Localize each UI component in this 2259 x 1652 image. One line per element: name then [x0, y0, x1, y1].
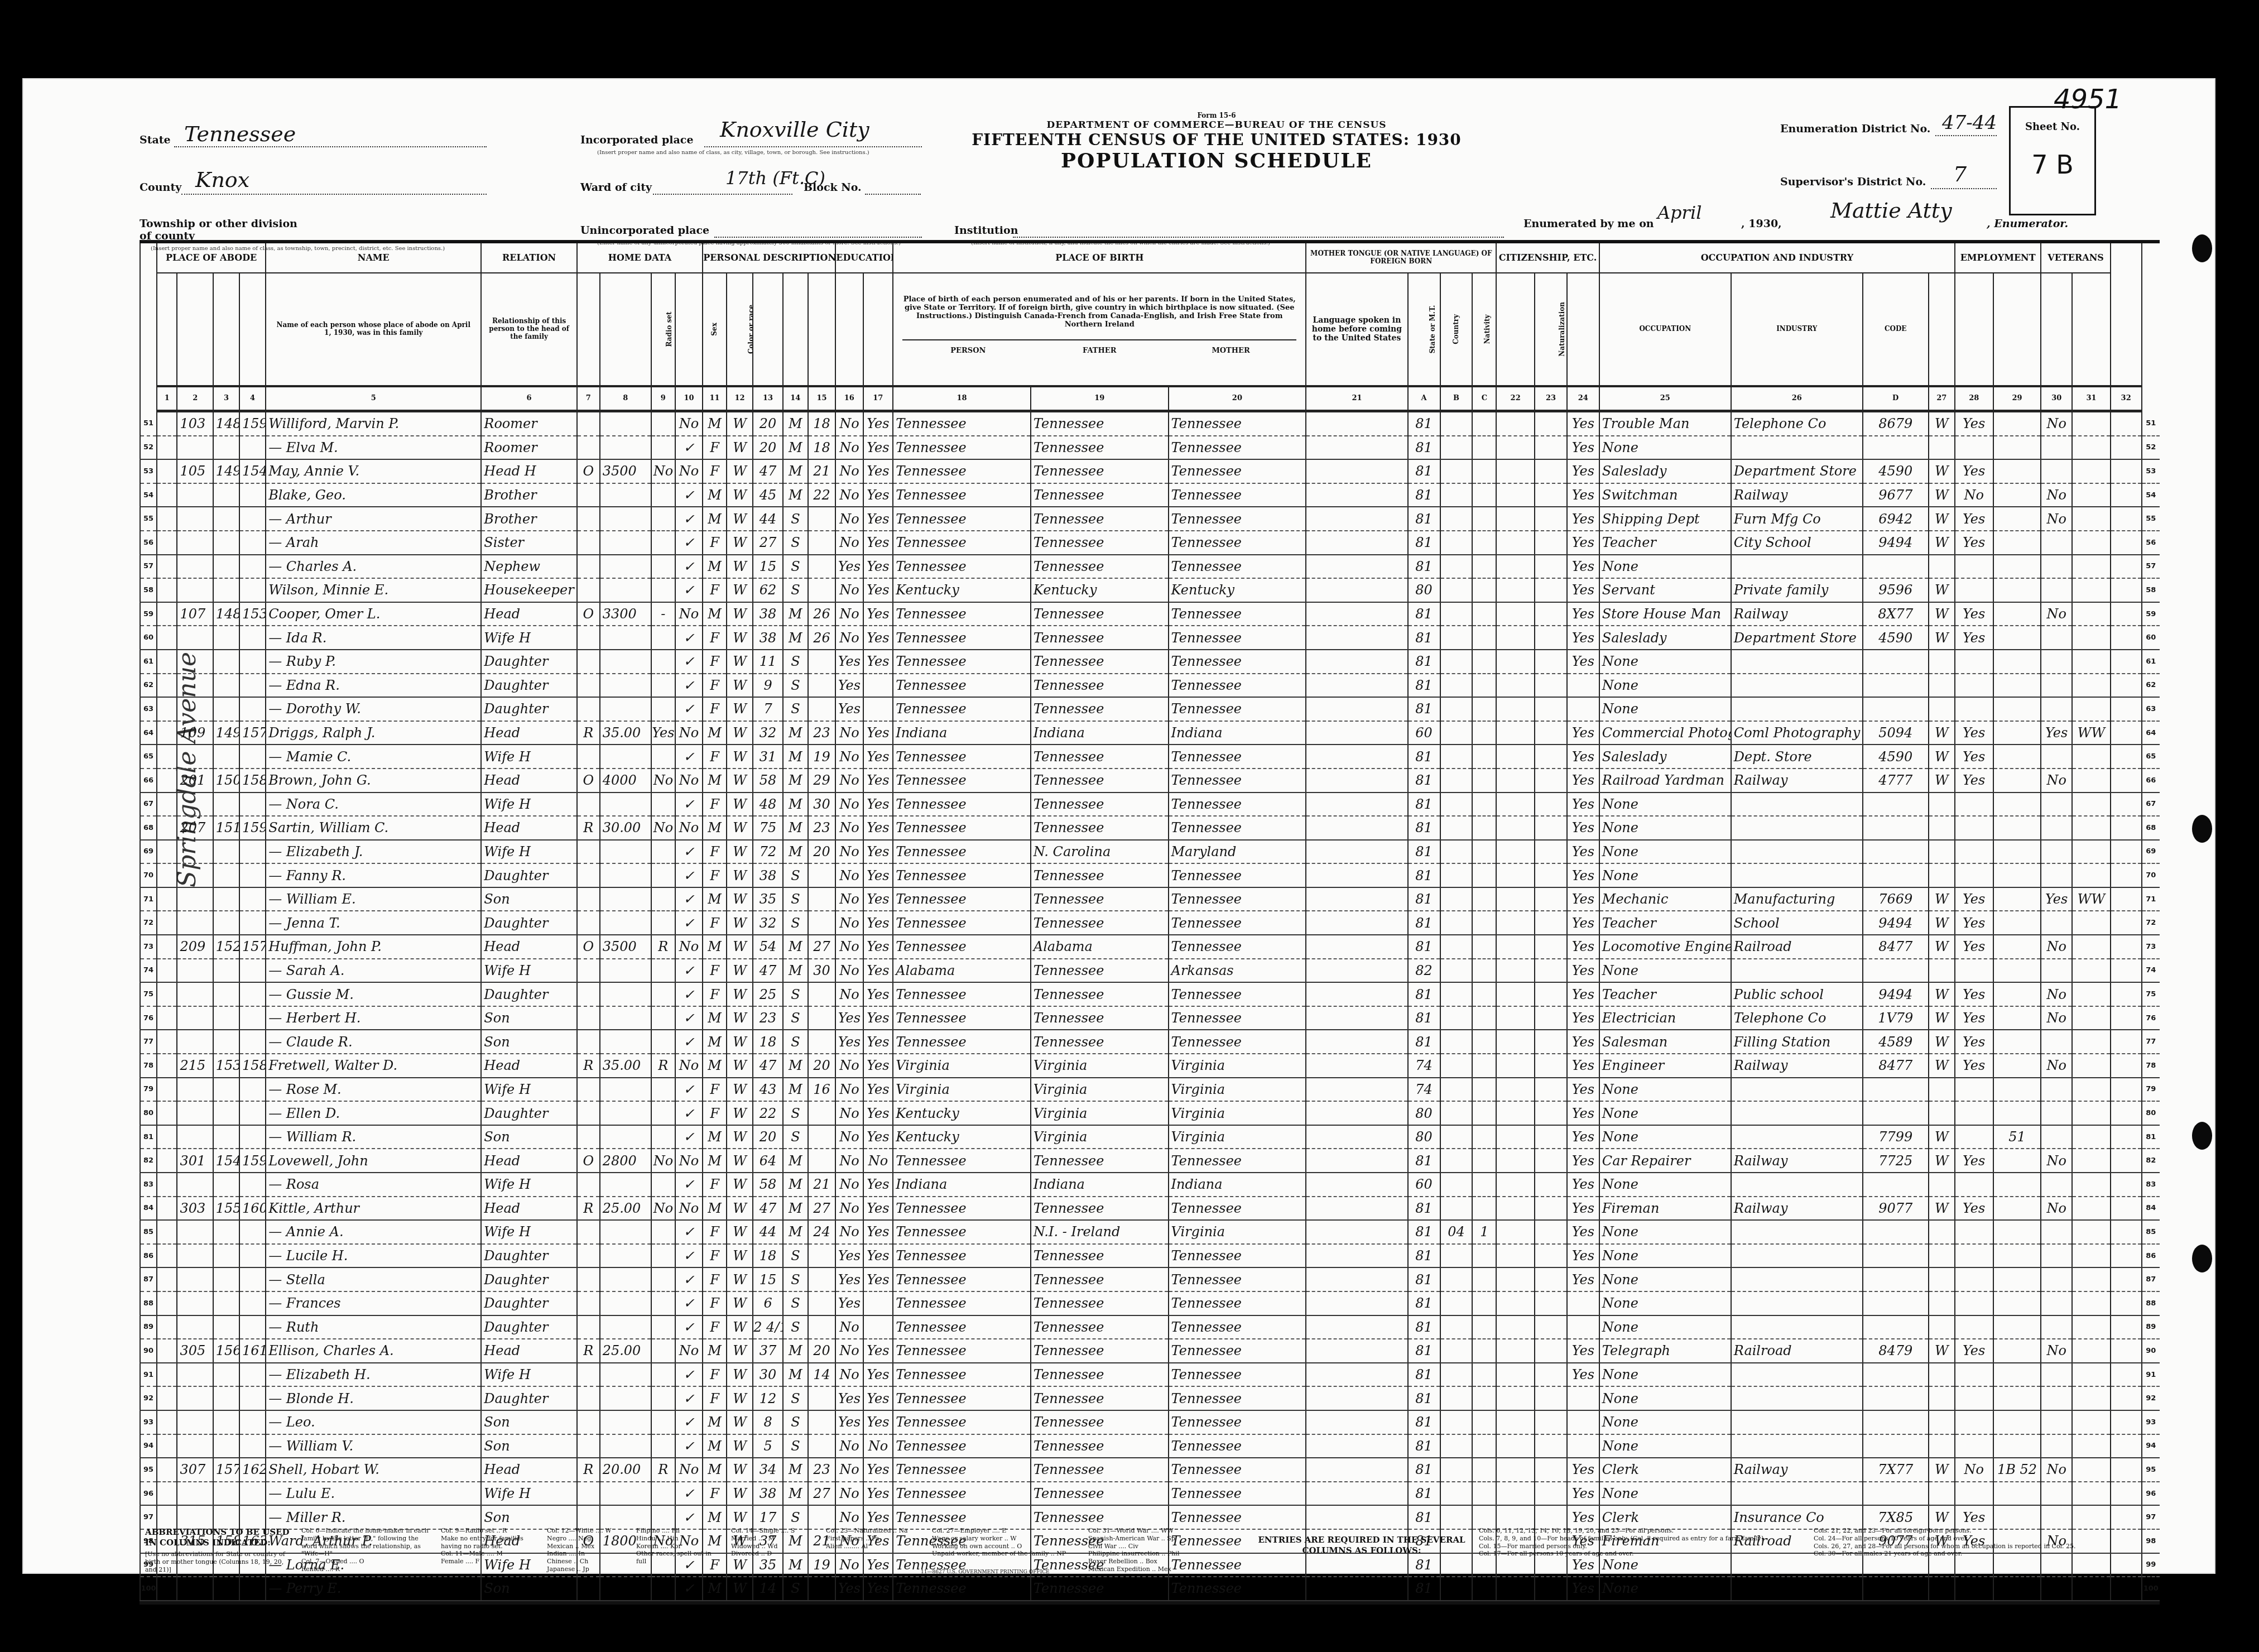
cell-street — [157, 459, 177, 483]
cell-eng: Yes — [1567, 840, 1599, 864]
cell-work — [1955, 840, 1993, 864]
cell-bp-mother: Tennessee — [1169, 1386, 1306, 1410]
cell-dwelling — [213, 863, 239, 887]
cell-bp-father: N.I. - Ireland — [1031, 1220, 1169, 1244]
cell-race: W — [727, 769, 753, 793]
cell-nat — [1535, 1482, 1567, 1506]
cell-own — [577, 863, 600, 887]
cell-value — [600, 1363, 651, 1387]
cell-marital: S — [783, 1410, 808, 1434]
table-row: 53105149154May, Annie V.Head HO3500NoNoF… — [140, 459, 2160, 483]
cell-code-a: 81 — [1408, 1458, 1440, 1482]
cell-own: R — [577, 816, 600, 840]
cell-dwelling — [213, 626, 239, 650]
cell-read: Yes — [863, 769, 893, 793]
cell-farm: ✓ — [675, 1315, 703, 1339]
cell-work — [1955, 1482, 1993, 1506]
column-number: 25 — [1599, 386, 1731, 411]
cell-street — [157, 1149, 177, 1173]
header-age-first-marriage: Age at first marriage — [808, 273, 835, 386]
cell-house — [177, 793, 213, 817]
cell-work — [1955, 1220, 1993, 1244]
cell-nat — [1535, 1220, 1567, 1244]
cell-own — [577, 793, 600, 817]
cell-marital: M — [783, 602, 808, 626]
cell-read: Yes — [863, 911, 893, 935]
cell-unemp — [1993, 1101, 2041, 1125]
cell-war — [2072, 531, 2111, 555]
cell-radio — [651, 1220, 675, 1244]
cell-own — [577, 507, 600, 531]
line-number: 61 — [140, 650, 157, 674]
cell-eng: Yes — [1567, 745, 1599, 769]
cell-work — [1955, 1078, 1993, 1102]
cell-read: Yes — [863, 935, 893, 959]
cell-code-d — [1863, 1363, 1929, 1387]
cell-age-marr — [808, 1244, 835, 1268]
cell-family — [239, 483, 266, 507]
cell-nat — [1535, 1078, 1567, 1102]
cell-age-marr: 23 — [808, 816, 835, 840]
cell-marital: S — [783, 1267, 808, 1291]
cell-age: 27 — [753, 531, 783, 555]
cell-code-b — [1440, 1434, 1473, 1458]
cell-dwelling — [213, 1410, 239, 1434]
cell-code-a: 81 — [1408, 483, 1440, 507]
cell-bp-person: Virginia — [893, 1078, 1031, 1102]
line-number: 83 — [140, 1173, 157, 1197]
cell-value: 30.00 — [600, 816, 651, 840]
cell-nat — [1535, 745, 1567, 769]
cell-street — [157, 697, 177, 721]
cell-relation: Son — [481, 1125, 577, 1149]
cell-nat — [1535, 1149, 1567, 1173]
cell-industry: Manufacturing — [1731, 887, 1863, 911]
cell-nat — [1535, 1339, 1567, 1363]
cell-farm: No — [675, 721, 703, 745]
cell-code-c — [1472, 650, 1496, 674]
cell-unemp — [1993, 1577, 2041, 1601]
cell-eng: Yes — [1567, 959, 1599, 983]
cell-unemp — [1993, 531, 2041, 555]
cell-industry: Railroad — [1731, 935, 1863, 959]
cell-farm-sched — [2111, 1054, 2142, 1078]
cell-name: — Sarah A. — [266, 959, 481, 983]
cell-radio — [651, 911, 675, 935]
cell-name: — Stella — [266, 1267, 481, 1291]
cell-dwelling — [213, 1291, 239, 1315]
cell-code-b — [1440, 1173, 1473, 1197]
line-number: 65 — [140, 745, 157, 769]
cell-school: No — [835, 1458, 863, 1482]
line-number-right: 58 — [2142, 578, 2160, 602]
cell-farm-sched — [2111, 1267, 2142, 1291]
state-label: State — [140, 134, 171, 146]
cell-code-d: 8477 — [1863, 1054, 1929, 1078]
cell-code-b — [1440, 411, 1473, 436]
cell-marital: S — [783, 531, 808, 555]
cell-industry: Railway — [1731, 1054, 1863, 1078]
cell-bp-mother: Tennessee — [1169, 436, 1306, 460]
cell-eng: Yes — [1567, 1054, 1599, 1078]
census-sheet: 4951 State Tennessee County Knox Townshi… — [22, 78, 2215, 1574]
cell-work — [1955, 1410, 1993, 1434]
cell-name: Kittle, Arthur — [266, 1197, 481, 1221]
cell-war — [2072, 1078, 2111, 1102]
cell-bp-mother: Tennessee — [1169, 745, 1306, 769]
cell-imm — [1496, 483, 1535, 507]
cell-race: W — [727, 840, 753, 864]
cell-dwelling: 148 — [213, 411, 239, 436]
cell-occupation: None — [1599, 1482, 1731, 1506]
cell-relation: Nephew — [481, 555, 577, 579]
line-number: 80 — [140, 1101, 157, 1125]
header-code: CODE — [1863, 273, 1929, 386]
header-veteran: Veteran — Yes or No — [2041, 273, 2072, 386]
cell-own — [577, 1577, 600, 1601]
cell-farm: No — [675, 1197, 703, 1221]
cell-value — [600, 959, 651, 983]
line-number: 82 — [140, 1149, 157, 1173]
cell-occupation: Saleslady — [1599, 459, 1731, 483]
cell-sex: F — [703, 982, 727, 1006]
cell-code-b — [1440, 982, 1473, 1006]
cell-work: No — [1955, 1458, 1993, 1482]
cell-own — [577, 531, 600, 555]
cell-own — [577, 1220, 600, 1244]
cell-family: 159 — [239, 411, 266, 436]
cell-house — [177, 1220, 213, 1244]
cell-school: No — [835, 793, 863, 817]
cell-school: Yes — [835, 1291, 863, 1315]
table-row: 67— Nora C.Wife H✓FW48M30NoYesTennesseeT… — [140, 793, 2160, 817]
cell-bp-father: Tennessee — [1031, 507, 1169, 531]
cell-unemp — [1993, 1149, 2041, 1173]
cell-vet: No — [2041, 411, 2072, 436]
cell-occupation: Trouble Man — [1599, 411, 1731, 436]
cell-relation: Daughter — [481, 1291, 577, 1315]
cell-imm — [1496, 1078, 1535, 1102]
cell-industry — [1731, 555, 1863, 579]
cell-bp-mother: Tennessee — [1169, 1339, 1306, 1363]
cell-marital: S — [783, 863, 808, 887]
line-number-right: 82 — [2142, 1149, 2160, 1173]
cell-eng: Yes — [1567, 1125, 1599, 1149]
column-number: 28 — [1955, 386, 1993, 411]
table-row: 62— Edna R.Daughter✓FW9SYesTennesseeTenn… — [140, 674, 2160, 698]
table-row: 76— Herbert H.Son✓MW23SYesYesTennesseeTe… — [140, 1006, 2160, 1030]
cell-marital: S — [783, 1434, 808, 1458]
cell-dwelling — [213, 1244, 239, 1268]
cell-own — [577, 887, 600, 911]
cell-marital: M — [783, 1054, 808, 1078]
cell-race: W — [727, 1006, 753, 1030]
cell-read — [863, 1291, 893, 1315]
cell-radio — [651, 697, 675, 721]
cell-dwelling — [213, 650, 239, 674]
cell-war — [2072, 1315, 2111, 1339]
cell-code-d: 4590 — [1863, 745, 1929, 769]
cell-war — [2072, 602, 2111, 626]
cell-work: Yes — [1955, 769, 1993, 793]
cell-age: 58 — [753, 1173, 783, 1197]
cell-race: W — [727, 1577, 753, 1601]
cell-name: Brown, John G. — [266, 769, 481, 793]
cell-school: No — [835, 863, 863, 887]
cell-industry — [1731, 816, 1863, 840]
cell-house — [177, 982, 213, 1006]
cell-code-d — [1863, 436, 1929, 460]
cell-value — [600, 411, 651, 436]
cell-vet: No — [2041, 769, 2072, 793]
cell-code-a: 60 — [1408, 1173, 1440, 1197]
cell-own — [577, 959, 600, 983]
sd-line — [1931, 188, 1997, 189]
cell-family — [239, 436, 266, 460]
cell-family — [239, 1482, 266, 1506]
cell-nat — [1535, 1267, 1567, 1291]
cell-age-marr: 27 — [808, 1482, 835, 1506]
cell-lang — [1306, 1125, 1407, 1149]
cell-street — [157, 578, 177, 602]
cell-farm: ✓ — [675, 745, 703, 769]
cell-marital: S — [783, 555, 808, 579]
cell-eng: Yes — [1567, 911, 1599, 935]
header-home-value: Value of home, if owned, or monthly rent… — [600, 273, 651, 386]
column-number: B — [1440, 386, 1473, 411]
cell-marital: M — [783, 1458, 808, 1482]
cell-sex: F — [703, 674, 727, 698]
enumerated-year: , 1930, — [1741, 218, 1782, 230]
cell-read: Yes — [863, 1339, 893, 1363]
cell-bp-mother: Tennessee — [1169, 793, 1306, 817]
cell-code-d: 4589 — [1863, 1030, 1929, 1054]
cell-sex: M — [703, 1030, 727, 1054]
cell-occupation: None — [1599, 959, 1731, 983]
cell-bp-father: Alabama — [1031, 935, 1169, 959]
cell-read: Yes — [863, 436, 893, 460]
cell-vet — [2041, 911, 2072, 935]
section-place-of-abode: PLACE OF ABODE — [157, 243, 266, 273]
ward-label: Ward of city — [580, 181, 652, 194]
cell-family — [239, 1386, 266, 1410]
cell-farm: ✓ — [675, 1030, 703, 1054]
cell-family — [239, 1363, 266, 1387]
cell-bp-person: Tennessee — [893, 1315, 1031, 1339]
cell-lang — [1306, 483, 1407, 507]
line-number-right: 100 — [2142, 1577, 2160, 1601]
cell-occupation: None — [1599, 555, 1731, 579]
cell-radio — [651, 840, 675, 864]
line-number-right: 66 — [2142, 769, 2160, 793]
cell-family: 159 — [239, 1149, 266, 1173]
cell-work: Yes — [1955, 1030, 1993, 1054]
cell-code-d — [1863, 1434, 1929, 1458]
cell-vet — [2041, 1482, 2072, 1506]
cell-value — [600, 436, 651, 460]
cell-house: 301 — [177, 1149, 213, 1173]
cell-dwelling: 150 — [213, 769, 239, 793]
cell-bp-father: Tennessee — [1031, 626, 1169, 650]
entries-b: Cols. 21, 22, and 23—For all foreign-bor… — [1814, 1527, 2149, 1558]
cell-code-a: 81 — [1408, 1197, 1440, 1221]
cell-race: W — [727, 697, 753, 721]
cell-occupation: None — [1599, 1267, 1731, 1291]
cell-code-c — [1472, 459, 1496, 483]
line-number-right: 55 — [2142, 507, 2160, 531]
cell-age: 15 — [753, 1267, 783, 1291]
cell-war — [2072, 1482, 2111, 1506]
cell-code-d: 4590 — [1863, 626, 1929, 650]
header-age: Age at last birthday — [753, 273, 783, 386]
cell-code-c — [1472, 483, 1496, 507]
cell-own — [577, 650, 600, 674]
cell-family: 154 — [239, 459, 266, 483]
cell-eng: Yes — [1567, 863, 1599, 887]
line-number-right: 87 — [2142, 1267, 2160, 1291]
line-number: 96 — [140, 1482, 157, 1506]
cell-race: W — [727, 887, 753, 911]
cell-industry: Railway — [1731, 1149, 1863, 1173]
cell-occupation: None — [1599, 816, 1731, 840]
cell-war — [2072, 436, 2111, 460]
cell-industry: Railway — [1731, 1458, 1863, 1482]
line-number-right: 52 — [2142, 436, 2160, 460]
cell-code-b — [1440, 626, 1473, 650]
cell-sex: M — [703, 1125, 727, 1149]
line-number: 77 — [140, 1030, 157, 1054]
cell-read: No — [863, 1434, 893, 1458]
enumerated-label: Enumerated by me on — [1523, 218, 1654, 230]
cell-code-d — [1863, 1291, 1929, 1315]
line-number: 70 — [140, 863, 157, 887]
cell-code-c — [1472, 531, 1496, 555]
cell-farm-sched — [2111, 1315, 2142, 1339]
header-code-state: State or M.T. — [1408, 273, 1440, 386]
cell-name: — Rosa — [266, 1173, 481, 1197]
cell-school: Yes — [835, 1244, 863, 1268]
cell-lang — [1306, 626, 1407, 650]
cell-street — [157, 887, 177, 911]
cell-school: No — [835, 769, 863, 793]
cell-nat — [1535, 459, 1567, 483]
cell-class: W — [1929, 411, 1955, 436]
cell-farm: ✓ — [675, 507, 703, 531]
cell-imm — [1496, 1244, 1535, 1268]
cell-code-d: 8479 — [1863, 1339, 1929, 1363]
cell-war — [2072, 1410, 2111, 1434]
cell-farm: ✓ — [675, 1482, 703, 1506]
cell-sex: F — [703, 793, 727, 817]
cell-value: 2800 — [600, 1149, 651, 1173]
cell-vet: No — [2041, 1458, 2072, 1482]
cell-bp-person: Tennessee — [893, 1244, 1031, 1268]
cell-code-c — [1472, 959, 1496, 983]
cell-bp-person: Virginia — [893, 1054, 1031, 1078]
cell-code-b — [1440, 1386, 1473, 1410]
cell-dwelling — [213, 887, 239, 911]
cell-occupation: Fireman — [1599, 1197, 1731, 1221]
cell-age: 22 — [753, 1101, 783, 1125]
cell-value: 3300 — [600, 602, 651, 626]
cell-vet — [2041, 1315, 2072, 1339]
cell-street — [157, 793, 177, 817]
cell-unemp — [1993, 1267, 2041, 1291]
cell-unemp — [1993, 935, 2041, 959]
cell-relation: Wife H — [481, 626, 577, 650]
cell-name: — Jenna T. — [266, 911, 481, 935]
cell-code-a: 81 — [1408, 1220, 1440, 1244]
cell-work: Yes — [1955, 1006, 1993, 1030]
cell-code-a: 80 — [1408, 578, 1440, 602]
cell-read: Yes — [863, 840, 893, 864]
sd-label: Supervisor's District No. — [1780, 176, 1926, 188]
cell-bp-person: Tennessee — [893, 483, 1031, 507]
cell-eng: Yes — [1567, 1078, 1599, 1102]
cell-school: No — [835, 887, 863, 911]
cell-own — [577, 1006, 600, 1030]
cell-age-marr — [808, 1125, 835, 1149]
cell-nat — [1535, 483, 1567, 507]
cell-value — [600, 1291, 651, 1315]
column-number: 21 — [1306, 386, 1407, 411]
cell-name: — Ruby P. — [266, 650, 481, 674]
cell-class — [1929, 1363, 1955, 1387]
cell-house — [177, 1434, 213, 1458]
cell-code-d: 4777 — [1863, 769, 1929, 793]
cell-class — [1929, 959, 1955, 983]
line-number: 93 — [140, 1410, 157, 1434]
cell-race: W — [727, 626, 753, 650]
cell-code-b — [1440, 1458, 1473, 1482]
cell-code-d: 1V79 — [1863, 1006, 1929, 1030]
cell-farm-sched — [2111, 578, 2142, 602]
cell-bp-mother: Tennessee — [1169, 507, 1306, 531]
cell-vet: No — [2041, 982, 2072, 1006]
header-farm-schedule: Number of farm schedule — [2111, 243, 2142, 386]
cell-value — [600, 1101, 651, 1125]
cell-street — [157, 863, 177, 887]
header-read-write: Whether able to read and write — [863, 273, 893, 386]
cell-name: Huffman, John P. — [266, 935, 481, 959]
cell-dwelling — [213, 911, 239, 935]
table-row: 57— Charles A.Nephew✓MW15SYesYesTennesse… — [140, 555, 2160, 579]
cell-school: No — [835, 816, 863, 840]
column-number: 18 — [893, 386, 1031, 411]
cell-age-marr — [808, 1006, 835, 1030]
cell-relation: Daughter — [481, 1386, 577, 1410]
cell-farm-sched — [2111, 507, 2142, 531]
cell-imm — [1496, 1482, 1535, 1506]
cell-own — [577, 911, 600, 935]
cell-read: Yes — [863, 863, 893, 887]
cell-farm: No — [675, 411, 703, 436]
cell-imm — [1496, 674, 1535, 698]
cell-sex: M — [703, 1577, 727, 1601]
cell-class — [1929, 1173, 1955, 1197]
cell-bp-mother: Tennessee — [1169, 1458, 1306, 1482]
cell-age-marr — [808, 1386, 835, 1410]
cell-code-b — [1440, 816, 1473, 840]
cell-own: R — [577, 1339, 600, 1363]
header-immigration-year: Year of immigration to the United States — [1496, 273, 1535, 386]
cell-family — [239, 626, 266, 650]
cell-race: W — [727, 1030, 753, 1054]
column-number: 19 — [1031, 386, 1169, 411]
cell-code-c — [1472, 1078, 1496, 1102]
cell-bp-person: Tennessee — [893, 1267, 1031, 1291]
cell-own — [577, 1101, 600, 1125]
